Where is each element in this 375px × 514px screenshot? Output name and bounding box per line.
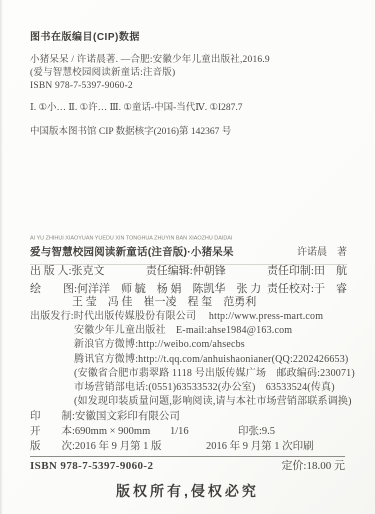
footer-isbn: ISBN 978-7-5397-9060-2 (30, 459, 153, 473)
title-row: 爱与智慧校园阅读新童话(注音版)·小猪呆呆 许诺晨 著 (30, 243, 347, 259)
distribution-url: http://www.press-mart.com (209, 311, 323, 322)
series-pinyin: AI YU ZHIHUI XIAOYUAN YUEDU XIN TONGHUA … (30, 236, 246, 241)
printer-line: 印 制:安徽国文彩印有限公司 (30, 409, 180, 424)
book-title: 爱与智慧校园阅读新童话(注音版)·小猪呆呆 (30, 246, 234, 259)
marketing-phone-line: 市场营销部电话:(0551)63533532(办公室) 63533524(传真) (30, 381, 355, 395)
cip-block: 图书在版编目(CIP)数据 小猪呆呆 / 许诺晨著. —合肥:安徽少年儿童出版社… (30, 31, 349, 139)
format-line: 开 本:690mm × 900mm (30, 424, 150, 439)
distribution-line: 出版发行:时代出版传媒股份有限公司 http://www.press-mart.… (30, 310, 355, 324)
isbn-price-row: ISBN 978-7-5397-9060-2 定价:18.00 元 (30, 459, 345, 473)
credits-row-1: 出 版 人:张克文 责任编辑:仲朝锋 责任印制:田 航 (30, 264, 347, 279)
printing-block: 印 制:安徽国文彩印有限公司 开 本:690mm × 900mm 1/16 印张… (30, 409, 347, 454)
illustrators-credit: 绘 图:何洋洋 师 毓 杨 娟 陈凯华 张 力 (30, 282, 261, 296)
credits-block: 出 版 人:张克文 责任编辑:仲朝锋 责任印制:田 航 绘 图:何洋洋 师 毓 … (30, 264, 347, 309)
publishing-block: 出版发行:时代出版传媒股份有限公司 http://www.press-mart.… (30, 310, 355, 409)
format-row: 开 本:690mm × 900mm 1/16 印张:9.5 (30, 424, 347, 439)
cip-title-line: 小猪呆呆 / 许诺晨著. —合肥:安徽少年儿童出版社,2016.9 (30, 54, 349, 67)
impression-line: 2016 年 9 月第 1 次印刷 (206, 439, 314, 454)
cip-record-line: 中国版本图书馆 CIP 数据核字(2016)第 142367 号 (30, 126, 349, 139)
proofreader-credit: 责任校对:于 睿 (267, 282, 347, 296)
cip-isbn-line: ISBN 978-7-5397-9060-2 (30, 80, 349, 93)
cip-series-line: (爱与智慧校园阅读新童话:注音版) (30, 67, 349, 80)
credits-row-3: 王 莹 冯 佳 崔一凌 程 玺 范勇利 (30, 296, 347, 309)
footer-divider (30, 456, 345, 457)
tencent-weibo-line: 腾讯官方微博:http://t.qq.com/anhuishaonianer(Q… (30, 353, 355, 367)
editor-credit: 责任编辑:仲朝锋 (146, 264, 226, 279)
book-copyright-page: 图书在版编目(CIP)数据 小猪呆呆 / 许诺晨著. —合肥:安徽少年儿童出版社… (0, 0, 375, 514)
quality-notice-line: (如发现印装质量问题,影响阅读,请与本社市场营销部联系调换) (30, 395, 355, 409)
cip-heading: 图书在版编目(CIP)数据 (30, 31, 349, 44)
distribution-company: 出版发行:时代出版传媒股份有限公司 (30, 311, 196, 322)
book-author: 许诺晨 著 (297, 243, 347, 258)
edition-line: 版 次:2016 年 9 月第 1 版 (30, 439, 162, 454)
printer-row: 印 制:安徽国文彩印有限公司 (30, 409, 347, 424)
illustrators-credit-continued: 王 莹 冯 佳 崔一凌 程 玺 范勇利 (72, 296, 256, 308)
footer-price: 定价:18.00 元 (281, 459, 345, 473)
sheets-count: 印张:9.5 (238, 424, 275, 439)
sina-weibo-line: 新浪官方微博:http://weibo.com/ahsecbs (30, 338, 355, 352)
series-title-block: AI YU ZHIHUI XIAOYUAN YUEDU XIN TONGHUA … (30, 233, 347, 265)
copyright-notice: 版权所有,侵权必究 (0, 481, 375, 501)
edition-row: 版 次:2016 年 9 月第 1 版 2016 年 9 月第 1 次印刷 (30, 439, 347, 454)
format-fraction: 1/16 (170, 424, 189, 439)
publisher-email-line: 安徽少年儿童出版社 E-mail:ahse1984@163.com (30, 324, 355, 338)
scan-edge-shadow (0, 0, 3, 514)
cip-classification-line: Ⅰ. ①小… Ⅱ. ①许… Ⅲ. ①童话-中国-当代Ⅳ. ①I287.7 (30, 102, 349, 115)
print-supervisor-credit: 责任印制:田 航 (267, 264, 347, 279)
address-line: (安徽省合肥市翡翠路 1118 号出版传媒广场 邮政编码:230071) (30, 367, 355, 381)
publisher-credit: 出 版 人:张克文 (30, 264, 105, 279)
credits-row-2: 绘 图:何洋洋 师 毓 杨 娟 陈凯华 张 力 责任校对:于 睿 (30, 282, 347, 296)
